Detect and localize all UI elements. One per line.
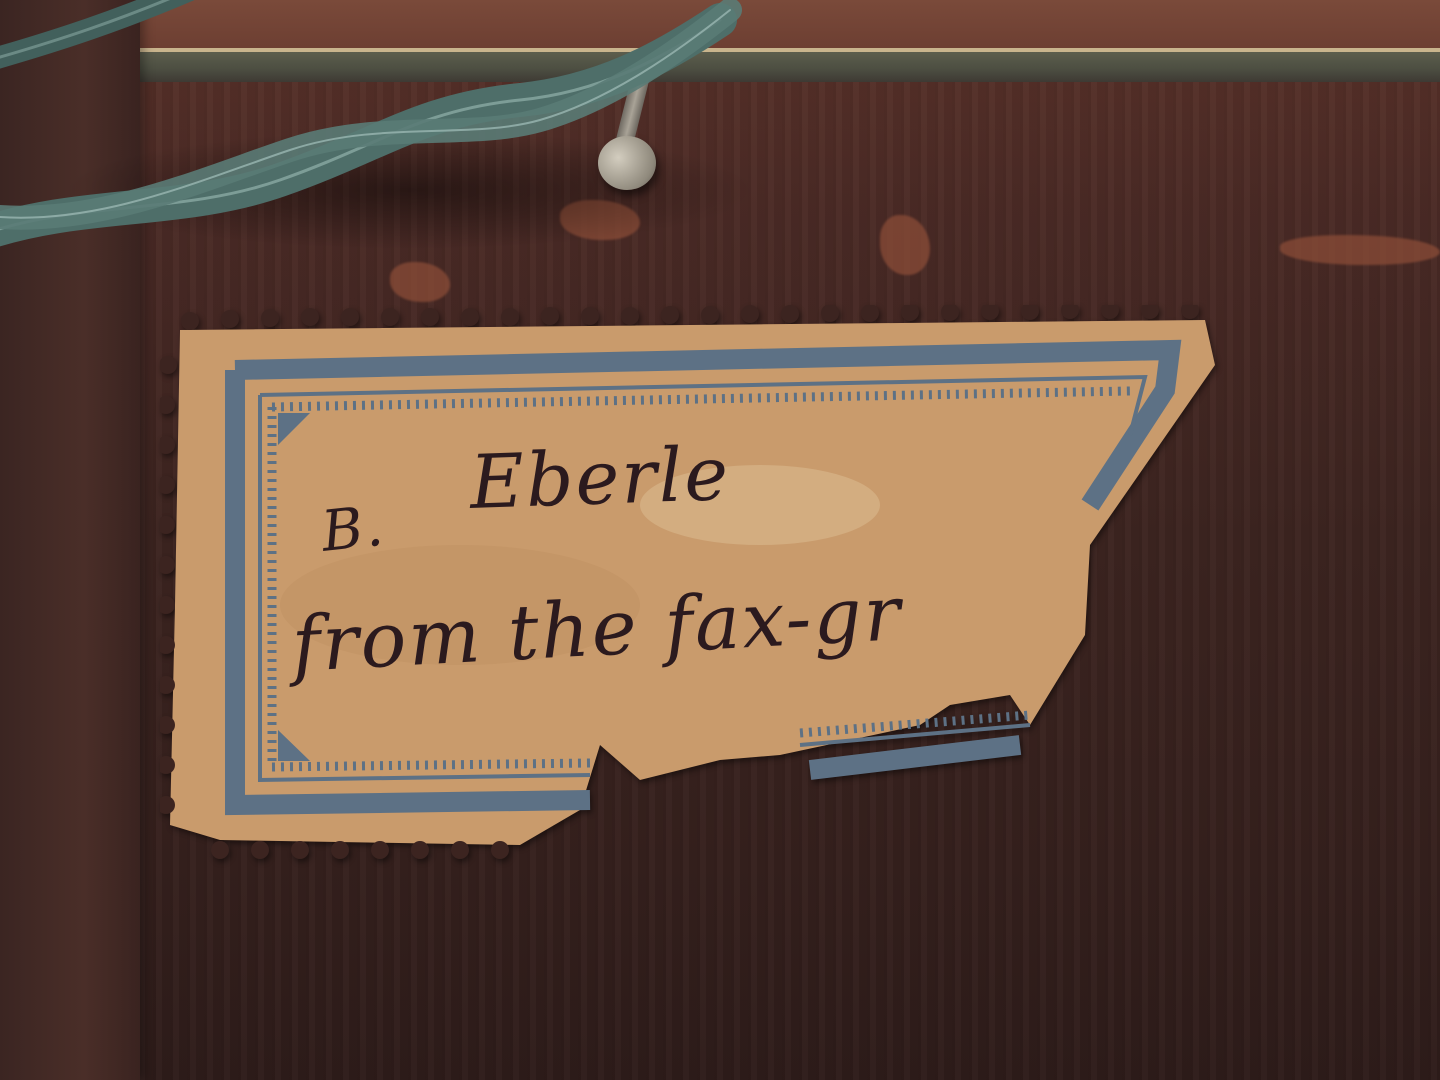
photo-scene: B. Eberle from the fax-gr — [0, 0, 1440, 1080]
hanging-wire — [0, 0, 1440, 300]
handwritten-initial: B. — [319, 494, 388, 565]
handwritten-name: Eberle — [468, 431, 731, 526]
